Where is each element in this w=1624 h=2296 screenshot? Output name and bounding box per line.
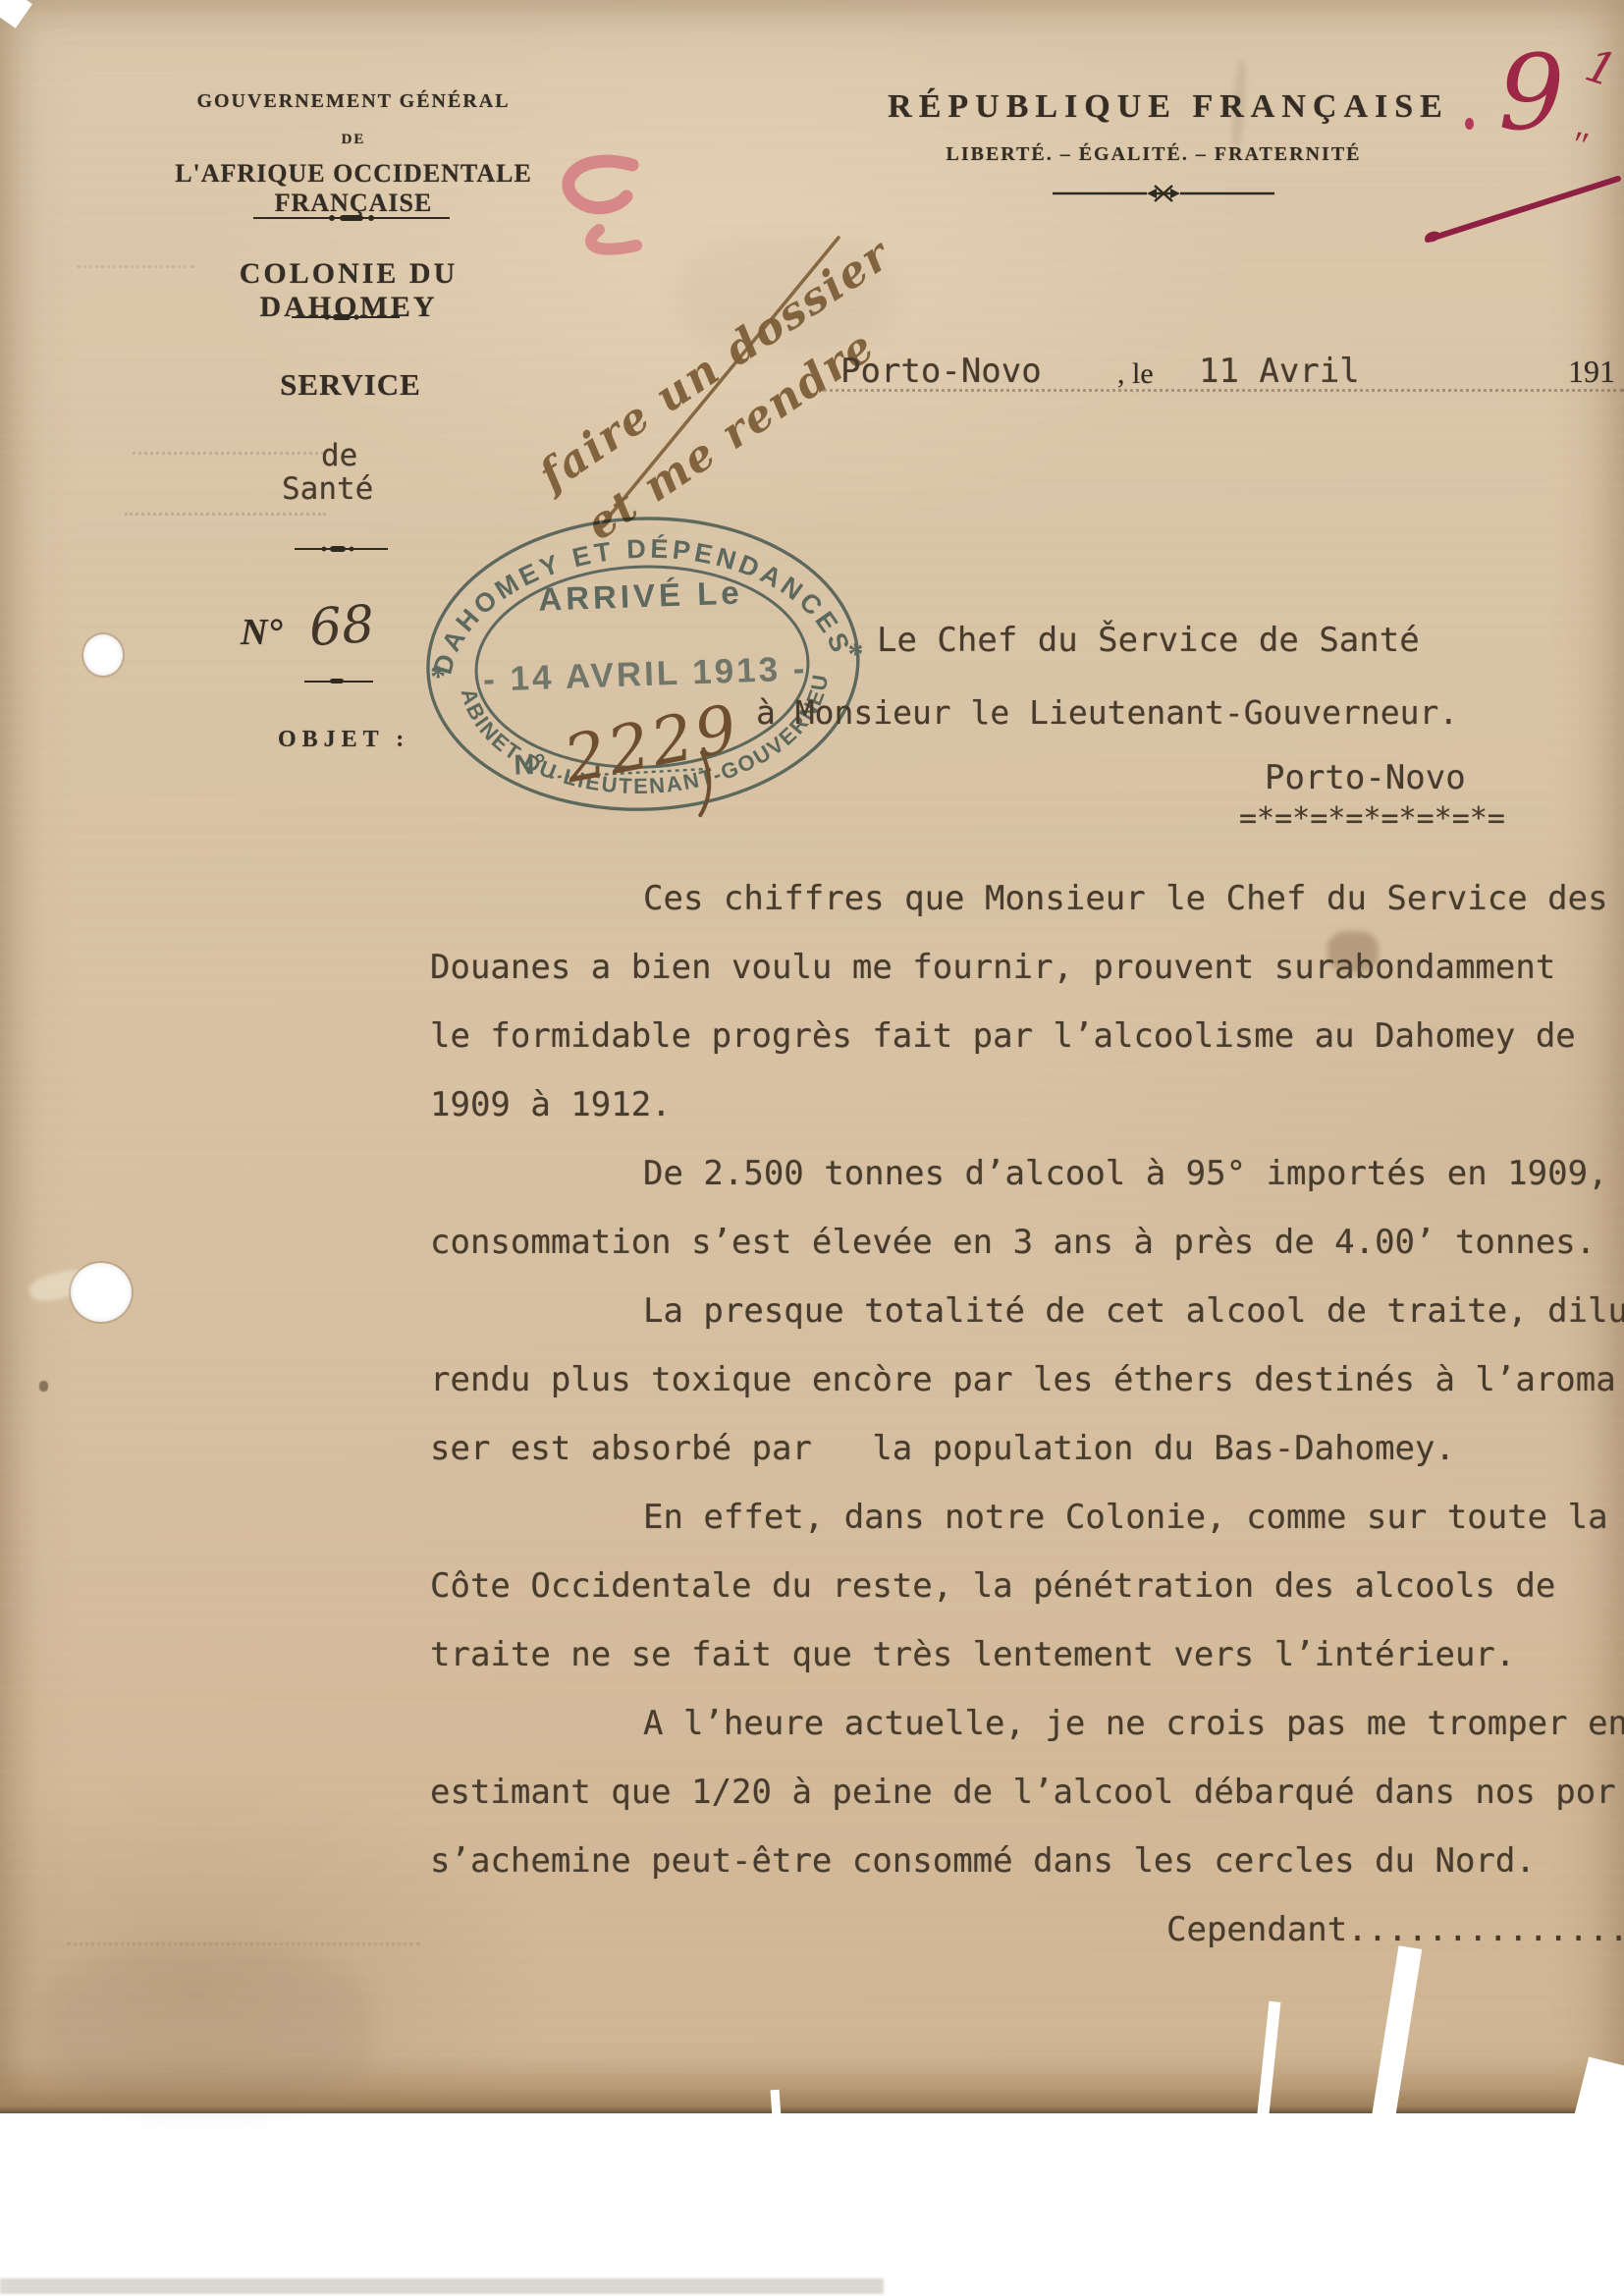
- red-underline-stroke: [1422, 165, 1624, 249]
- scanner-shadow: [0, 2278, 884, 2294]
- letterhead-afrique: L'AFRIQUE OCCIDENTALE FRANÇAISE: [152, 159, 555, 218]
- faint-dotted-line: [67, 1942, 420, 1945]
- arrival-stamp: DAHOMEY ET DÉPENDANCES CABINET DU LIEUTE…: [405, 495, 887, 840]
- letterhead-service-sante: Santé: [282, 471, 373, 507]
- masthead-republique: RÉPUBLIQUE FRANÇAISE: [864, 88, 1473, 126]
- punch-hole: [71, 1263, 132, 1322]
- red-ink-dot: [1465, 118, 1474, 130]
- grade-superscript: 1: [1579, 38, 1623, 97]
- masthead-motto: LIBERTÉ. – ÉGALITÉ. – FRATERNITÉ: [943, 143, 1365, 166]
- body-line: De 2.500 tonnes d’alcool à 95° importés …: [643, 1154, 1624, 1193]
- body-line: La presque totalité de cet alcool de tra…: [643, 1291, 1624, 1331]
- body-line: consommation s’est élevée en 3 ans à prè…: [430, 1223, 1596, 1262]
- document-number-label: N°: [241, 611, 283, 654]
- document-page: GOUVERNEMENT GÉNÉRAL DE L'AFRIQUE OCCIDE…: [0, 0, 1624, 2296]
- grade-number: 9: [1498, 39, 1564, 147]
- body-line: En effet, dans notre Colonie, comme sur …: [643, 1498, 1608, 1537]
- stamp-handwritten-number: 2229: [556, 689, 747, 820]
- letterhead-gouvernement: GOUVERNEMENT GÉNÉRAL: [177, 90, 530, 113]
- body-line: s’achemine peut-être consommé dans les c…: [430, 1841, 1536, 1881]
- letterhead-service: SERVICE: [272, 367, 429, 403]
- stamp-date: - 14 AVRIL 1913 -: [482, 649, 808, 699]
- letterhead-de: DE: [177, 132, 530, 148]
- stain: [39, 1381, 48, 1392]
- dateline-year: 191: [1568, 354, 1615, 390]
- body-line: Douanes a bien voulu me fournir, prouven…: [430, 948, 1555, 987]
- stamp-numero-label: N°: [514, 749, 547, 782]
- punch-hole: [83, 634, 123, 676]
- body-line: traite ne se fait que très lentement ver…: [430, 1635, 1515, 1674]
- body-line: Côte Occidentale du reste, la pénétratio…: [430, 1566, 1555, 1606]
- form-dotted-line: [133, 452, 324, 455]
- stamp-arrive-label: ARRIVÉ Le: [538, 574, 744, 618]
- body-line: le formidable progrès fait par l’alcooli…: [430, 1016, 1576, 1056]
- body-line: Ces chiffres que Monsieur le Chef du Ser…: [643, 879, 1608, 918]
- recipient-city: Porto-Novo: [1265, 758, 1466, 797]
- ornament-star-divider-icon: [1053, 183, 1274, 204]
- dateline-le: , le: [1117, 357, 1154, 391]
- body-line: estimant que 1/20 à peine de l’alcool dé…: [430, 1773, 1616, 1812]
- grade-quote-mark: ″: [1569, 123, 1592, 168]
- ornament-divider-icon: [295, 542, 388, 556]
- document-number-handwritten: 68: [307, 595, 376, 658]
- body-line: ser est absorbé par la population du Bas…: [430, 1429, 1455, 1468]
- body-line: 1909 à 1912.: [430, 1085, 672, 1124]
- pen-stroke: [587, 228, 852, 542]
- objet-label: OBJET :: [278, 727, 409, 753]
- sender-line: Le Chef du Šervice de Santé: [877, 621, 1420, 660]
- ornament-divider-icon: [304, 676, 373, 687]
- body-line: rendu plus toxique encòre par les éthers…: [430, 1360, 1616, 1399]
- letterhead-service-de: de: [321, 438, 357, 473]
- form-dotted-line: [125, 513, 326, 516]
- recipient-flourish: =*=*=*=*=*=*=*=: [1239, 801, 1505, 836]
- dateline-date: 11 Avril: [1199, 352, 1360, 391]
- recipient-line: à Monsieur le Lieutenant-Gouverneur.: [756, 693, 1458, 732]
- body-line: A l’heure actuelle, je ne crois pas me t…: [643, 1704, 1624, 1743]
- ornament-divider-icon: [292, 310, 400, 324]
- body-closing-line: Cependant..............: [1166, 1910, 1624, 1949]
- stamp-star-right-icon: *: [847, 635, 864, 672]
- dateline-city: Porto-Novo: [840, 352, 1042, 391]
- stamp-star-left-icon: *: [430, 658, 447, 694]
- ornament-divider-icon: [253, 210, 450, 226]
